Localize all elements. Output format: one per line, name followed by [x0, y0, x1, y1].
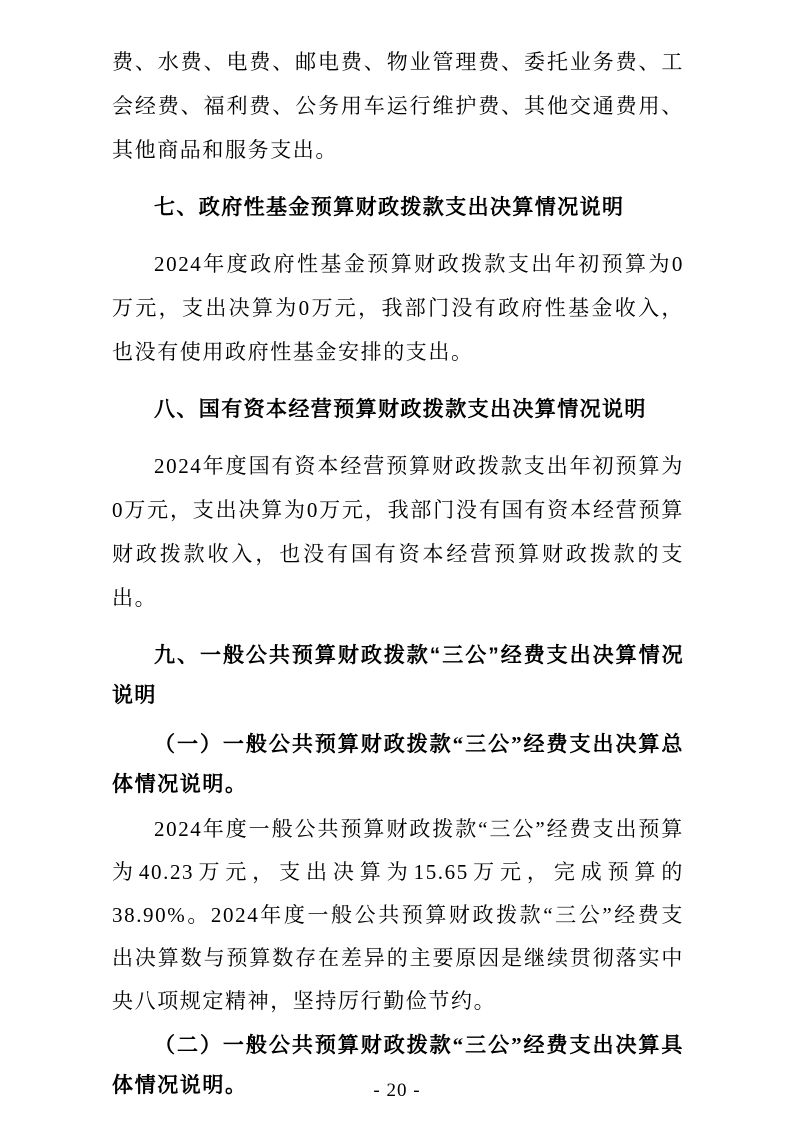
document-content: 费、水费、电费、邮电费、物业管理费、委托业务费、工会经费、福利费、公务用车运行维…	[112, 40, 684, 1105]
document-page: 费、水费、电费、邮电费、物业管理费、委托业务费、工会经费、福利费、公务用车运行维…	[0, 0, 794, 1123]
paragraph-government-fund-budget: 2024年度政府性基金预算财政拨款支出年初预算为0万元，支出决算为0万元，我部门…	[112, 242, 684, 374]
subheading-1-three-public-overall: （一）一般公共预算财政拨款“三公”经费支出决算总体情况说明。	[112, 724, 684, 804]
heading-section-8-state-capital-budget: 八、国有资本经营预算财政拨款支出决算情况说明	[112, 390, 684, 430]
page-number: - 20 -	[0, 1080, 794, 1102]
heading-section-7-government-fund-budget: 七、政府性基金预算财政拨款支出决算情况说明	[112, 188, 684, 228]
paragraph-three-public-overall: 2024年度一般公共预算财政拨款“三公”经费支出预算为40.23万元，支出决算为…	[112, 808, 684, 1023]
paragraph-state-capital-budget: 2024年度国有资本经营预算财政拨款支出年初预算为0万元，支出决算为0万元，我部…	[112, 444, 684, 620]
paragraph-expense-items-continuation: 费、水费、电费、邮电费、物业管理费、委托业务费、工会经费、福利费、公务用车运行维…	[112, 40, 684, 172]
heading-section-9-three-public-expenses: 九、一般公共预算财政拨款“三公”经费支出决算情况说明	[112, 636, 684, 716]
